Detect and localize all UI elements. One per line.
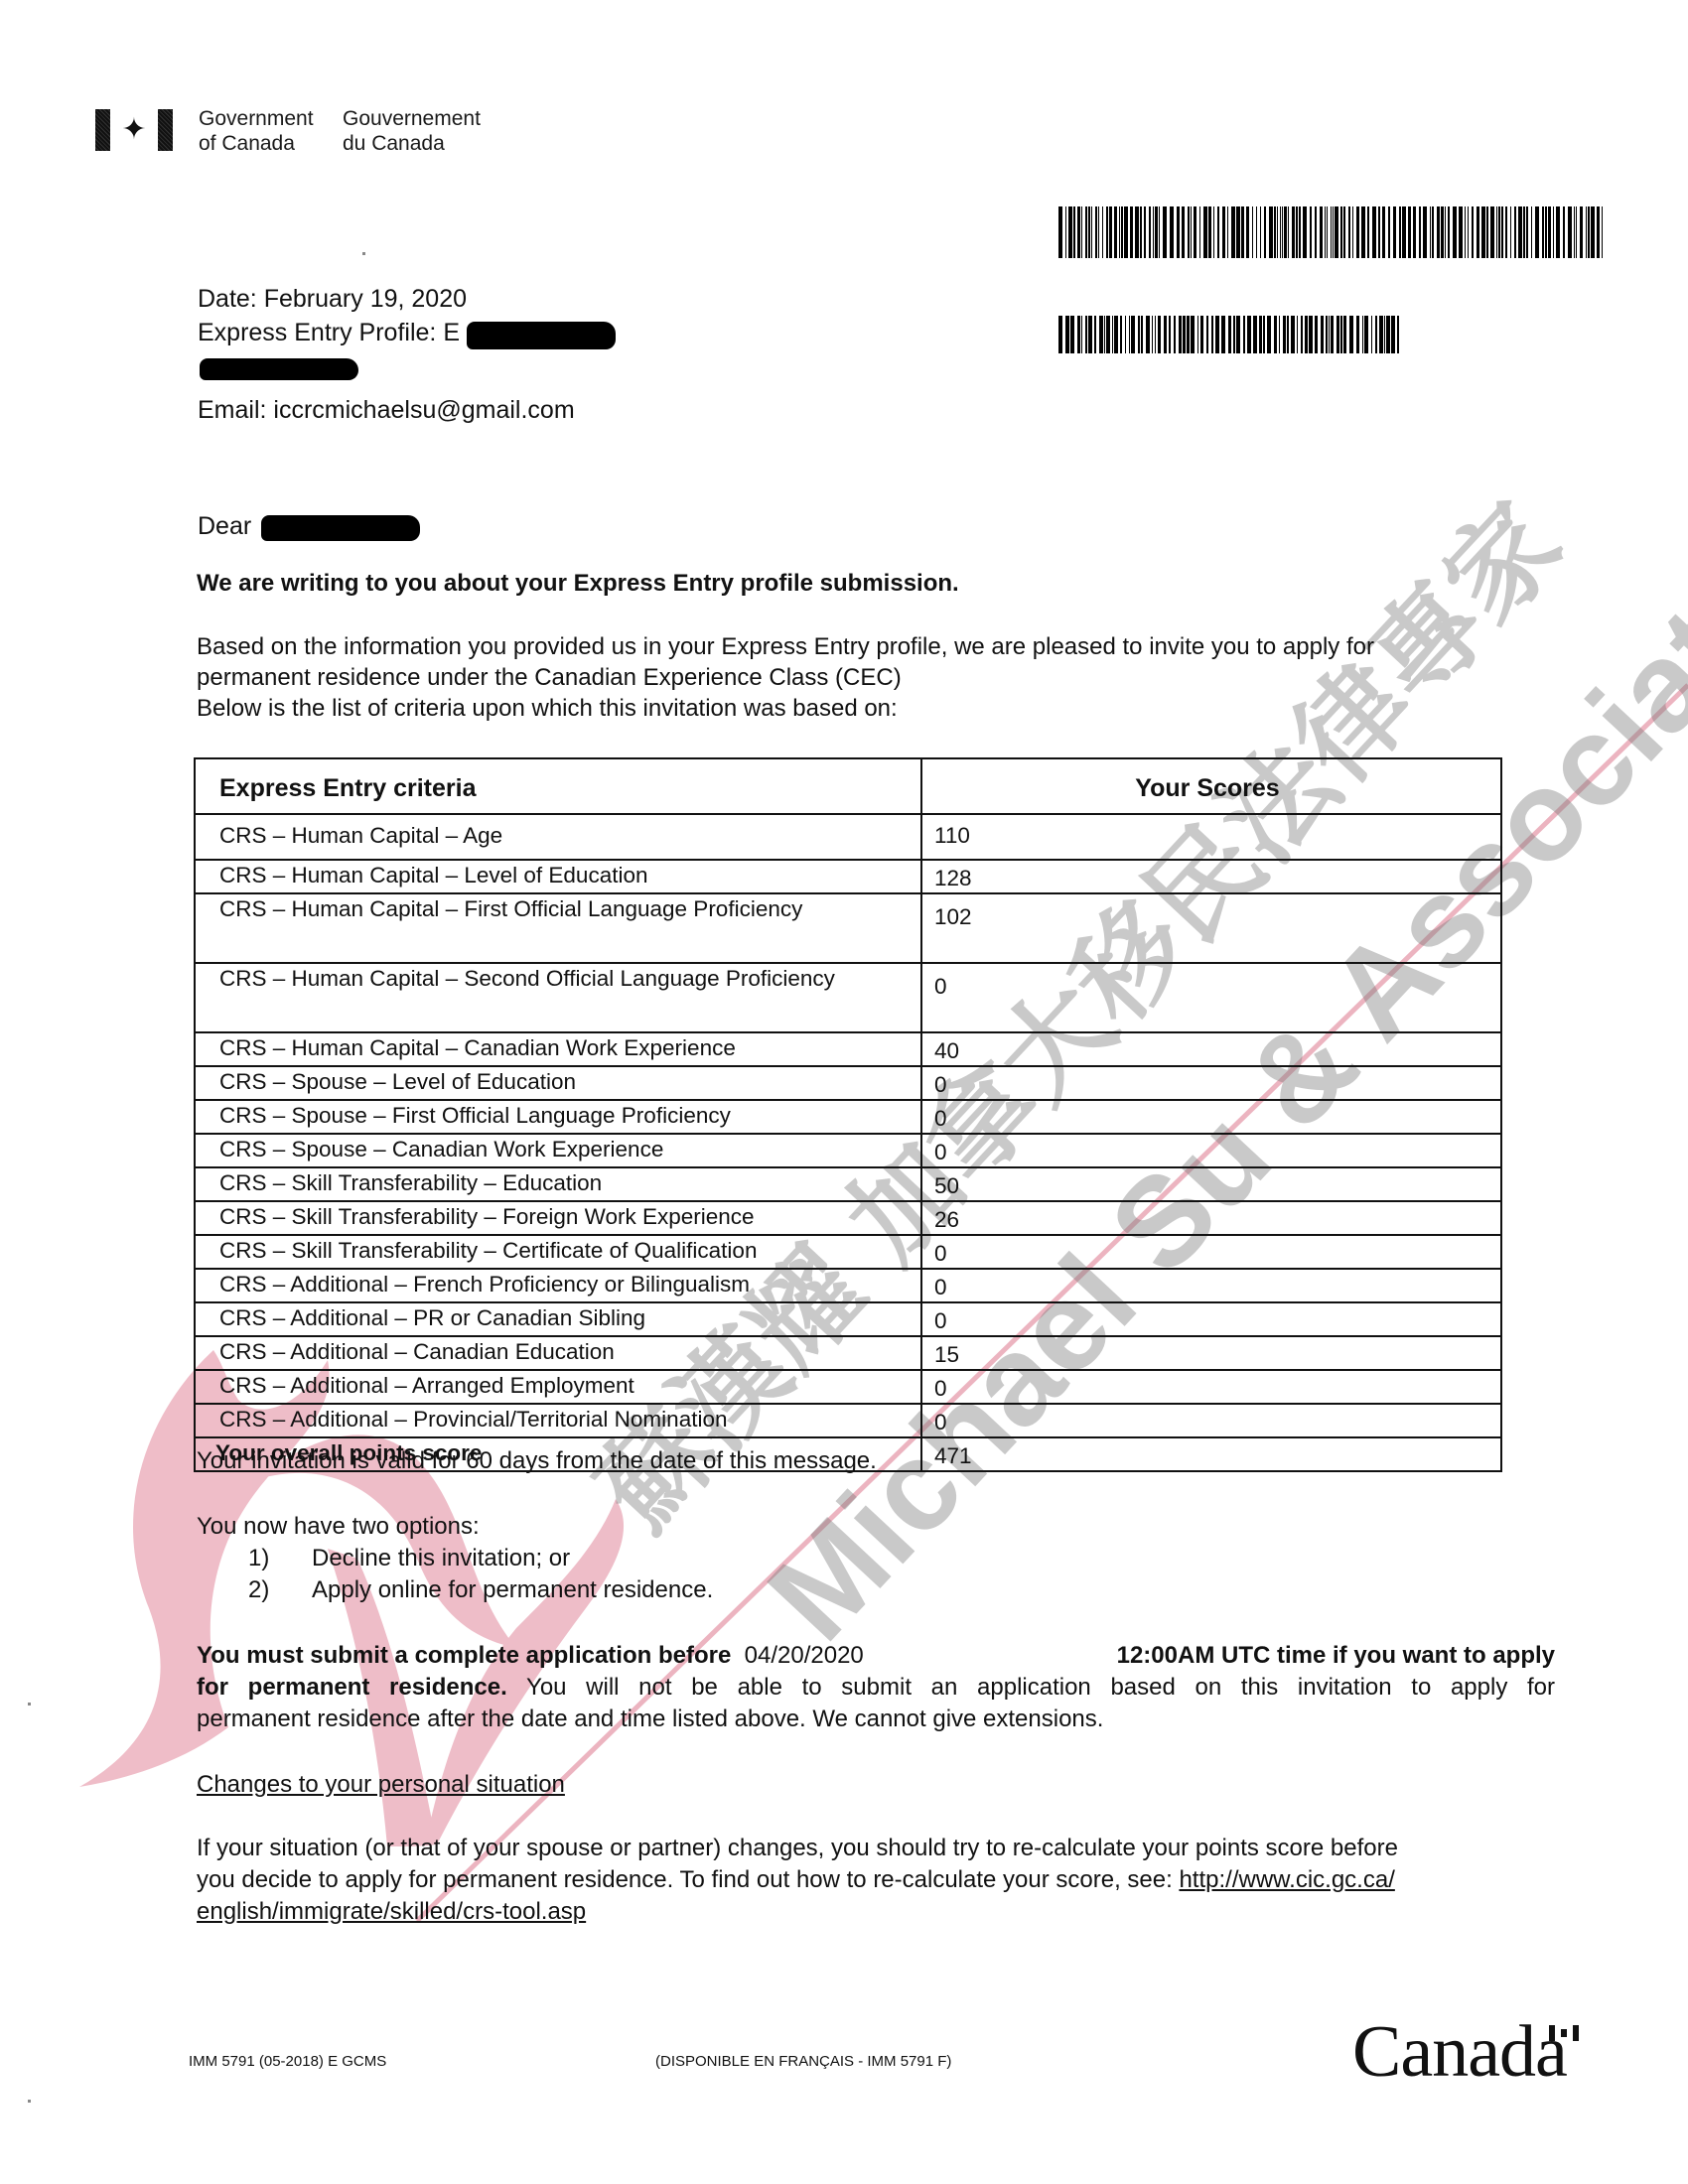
criteria-cell: CRS – Skill Transferability – Education <box>195 1167 921 1201</box>
scan-mark <box>28 1703 31 1706</box>
criteria-cell: CRS – Skill Transferability – Certificat… <box>195 1235 921 1269</box>
table-row: CRS – Human Capital – First Official Lan… <box>195 893 1501 963</box>
government-canada-flag-logo: ✦ <box>95 109 173 151</box>
french-availability-note: (DISPONIBLE EN FRANÇAIS - IMM 5791 F) <box>655 2053 951 2070</box>
scan-mark <box>362 252 365 255</box>
deadline-line-2: for permanent residence. You will not be… <box>197 1672 1555 1704</box>
crs-tool-link-part2[interactable]: english/immigrate/skilled/crs-tool.asp <box>197 1896 1555 1928</box>
option-number: 1) <box>248 1543 269 1574</box>
letter-heading: We are writing to you about your Express… <box>197 568 1557 600</box>
criteria-cell: CRS – Human Capital – Level of Education <box>195 860 921 893</box>
flag-bar-right <box>158 109 173 151</box>
criteria-cell: CRS – Human Capital – Age <box>195 814 921 860</box>
table-row: CRS – Human Capital – Level of Education… <box>195 860 1501 893</box>
gov-fr-line2: du Canada <box>343 131 481 156</box>
form-code: IMM 5791 (05-2018) E GCMS <box>189 2053 386 2070</box>
redaction-profile-number <box>467 322 616 349</box>
table-row: CRS – Additional – Provincial/Territoria… <box>195 1404 1501 1437</box>
government-of-canada-fr: Gouvernement du Canada <box>343 106 481 156</box>
table-row: CRS – Spouse – Level of Education0 <box>195 1066 1501 1100</box>
intro-line-1: Based on the information you provided us… <box>197 631 1557 663</box>
table-row: CRS – Additional – Canadian Education15 <box>195 1336 1501 1370</box>
deadline-text-b: 12:00AM UTC time if you want to apply <box>1117 1640 1555 1672</box>
changes-line-2: you decide to apply for permanent reside… <box>197 1864 1555 1896</box>
deadline-paragraph: You must submit a complete application b… <box>197 1640 1555 1735</box>
criteria-cell: CRS – Human Capital – First Official Lan… <box>195 893 921 963</box>
score-cell: 0 <box>921 1134 1501 1167</box>
criteria-cell: CRS – Skill Transferability – Foreign Wo… <box>195 1201 921 1235</box>
criteria-cell: CRS – Spouse – Level of Education <box>195 1066 921 1100</box>
option-text: Decline this invitation; or <box>312 1543 570 1574</box>
gov-en-line2: of Canada <box>199 131 314 156</box>
option-number: 2) <box>248 1574 269 1606</box>
table-row: CRS – Spouse – First Official Language P… <box>195 1100 1501 1134</box>
table-row: CRS – Additional – PR or Canadian Siblin… <box>195 1302 1501 1336</box>
table-row: CRS – Human Capital – Age110 <box>195 814 1501 860</box>
score-cell: 26 <box>921 1201 1501 1235</box>
options-intro: You now have two options: <box>197 1511 1557 1543</box>
table-row: CRS – Skill Transferability – Education5… <box>195 1167 1501 1201</box>
changes-paragraph: If your situation (or that of your spous… <box>197 1833 1555 1928</box>
validity-text: Your invitation is valid for 60 days fro… <box>197 1445 1557 1477</box>
table-row: CRS – Human Capital – Second Official La… <box>195 963 1501 1032</box>
deadline-text-c: for permanent residence. <box>197 1674 507 1701</box>
redaction-recipient-name <box>261 515 420 541</box>
score-cell: 15 <box>921 1336 1501 1370</box>
score-cell: 110 <box>921 814 1501 860</box>
score-cell: 50 <box>921 1167 1501 1201</box>
deadline-line-1: You must submit a complete application b… <box>197 1640 1555 1672</box>
salutation-text: Dear <box>198 512 251 540</box>
gov-en-line1: Government <box>199 106 314 131</box>
gov-fr-line1: Gouvernement <box>343 106 481 131</box>
table-row: CRS – Skill Transferability – Certificat… <box>195 1235 1501 1269</box>
header-criteria: Express Entry criteria <box>195 758 921 814</box>
redaction-line <box>200 358 358 380</box>
intro-line-3: Below is the list of criteria upon which… <box>197 693 1557 725</box>
criteria-cell: CRS – Human Capital – Second Official La… <box>195 963 921 1032</box>
option-text: Apply online for permanent residence. <box>312 1574 713 1606</box>
canada-wordmark-flag-icon <box>1549 2025 1579 2041</box>
score-cell: 0 <box>921 1370 1501 1404</box>
table-row: CRS – Human Capital – Canadian Work Expe… <box>195 1032 1501 1066</box>
score-cell: 0 <box>921 1269 1501 1302</box>
criteria-cell: CRS – Additional – Arranged Employment <box>195 1370 921 1404</box>
date-label: Date: <box>198 285 257 313</box>
date-value: February 19, 2020 <box>264 285 467 313</box>
score-cell: 102 <box>921 893 1501 963</box>
deadline-rest-1: You will not be able to submit an applic… <box>526 1674 1555 1701</box>
criteria-cell: CRS – Spouse – First Official Language P… <box>195 1100 921 1134</box>
changes-heading: Changes to your personal situation <box>197 1769 565 1801</box>
criteria-cell: CRS – Human Capital – Canadian Work Expe… <box>195 1032 921 1066</box>
header-scores: Your Scores <box>921 758 1501 814</box>
score-cell: 0 <box>921 1302 1501 1336</box>
deadline-line-3: permanent residence after the date and t… <box>197 1704 1555 1735</box>
crs-tool-link-part1[interactable]: http://www.cic.gc.ca/ <box>1179 1866 1394 1893</box>
deadline-text-a: You must submit a complete application b… <box>197 1642 731 1669</box>
table-row: CRS – Additional – Arranged Employment0 <box>195 1370 1501 1404</box>
barcode-secondary <box>1058 316 1404 353</box>
score-cell: 0 <box>921 1066 1501 1100</box>
criteria-cell: CRS – Spouse – Canadian Work Experience <box>195 1134 921 1167</box>
scan-mark <box>28 2100 31 2103</box>
profile-value: E <box>443 319 460 346</box>
profile-line: Express Entry Profile: E <box>198 318 460 347</box>
score-cell: 0 <box>921 1235 1501 1269</box>
score-cell: 40 <box>921 1032 1501 1066</box>
barcode-primary <box>1058 206 1605 258</box>
email-line: Email: iccrcmichaelsu@gmail.com <box>198 395 575 425</box>
deadline-date: 04/20/2020 <box>745 1642 864 1669</box>
intro-paragraph: Based on the information you provided us… <box>197 631 1557 725</box>
table-row: CRS – Skill Transferability – Foreign Wo… <box>195 1201 1501 1235</box>
email-value: iccrcmichaelsu@gmail.com <box>273 396 574 424</box>
date-line: Date: February 19, 2020 <box>198 284 467 314</box>
crs-score-table: Express Entry criteria Your Scores CRS –… <box>194 757 1502 1472</box>
maple-leaf-icon: ✦ <box>118 113 150 147</box>
score-cell: 0 <box>921 963 1501 1032</box>
profile-label: Express Entry Profile: <box>198 319 436 346</box>
criteria-cell: CRS – Additional – Provincial/Territoria… <box>195 1404 921 1437</box>
flag-bar-left <box>95 109 110 151</box>
intro-line-2: permanent residence under the Canadian E… <box>197 662 1557 694</box>
government-of-canada-en: Government of Canada <box>199 106 314 156</box>
changes-line-2-text: you decide to apply for permanent reside… <box>197 1866 1179 1893</box>
canada-wordmark: Canada <box>1352 2010 1567 2095</box>
salutation: Dear <box>198 511 251 541</box>
score-cell: 128 <box>921 860 1501 893</box>
score-cell: 0 <box>921 1404 1501 1437</box>
table-row: CRS – Additional – French Proficiency or… <box>195 1269 1501 1302</box>
changes-line-1: If your situation (or that of your spous… <box>197 1833 1555 1864</box>
criteria-cell: CRS – Additional – French Proficiency or… <box>195 1269 921 1302</box>
table-row: CRS – Spouse – Canadian Work Experience0 <box>195 1134 1501 1167</box>
criteria-cell: CRS – Additional – Canadian Education <box>195 1336 921 1370</box>
email-label: Email: <box>198 396 266 424</box>
score-cell: 0 <box>921 1100 1501 1134</box>
table-header-row: Express Entry criteria Your Scores <box>195 758 1501 814</box>
criteria-cell: CRS – Additional – PR or Canadian Siblin… <box>195 1302 921 1336</box>
